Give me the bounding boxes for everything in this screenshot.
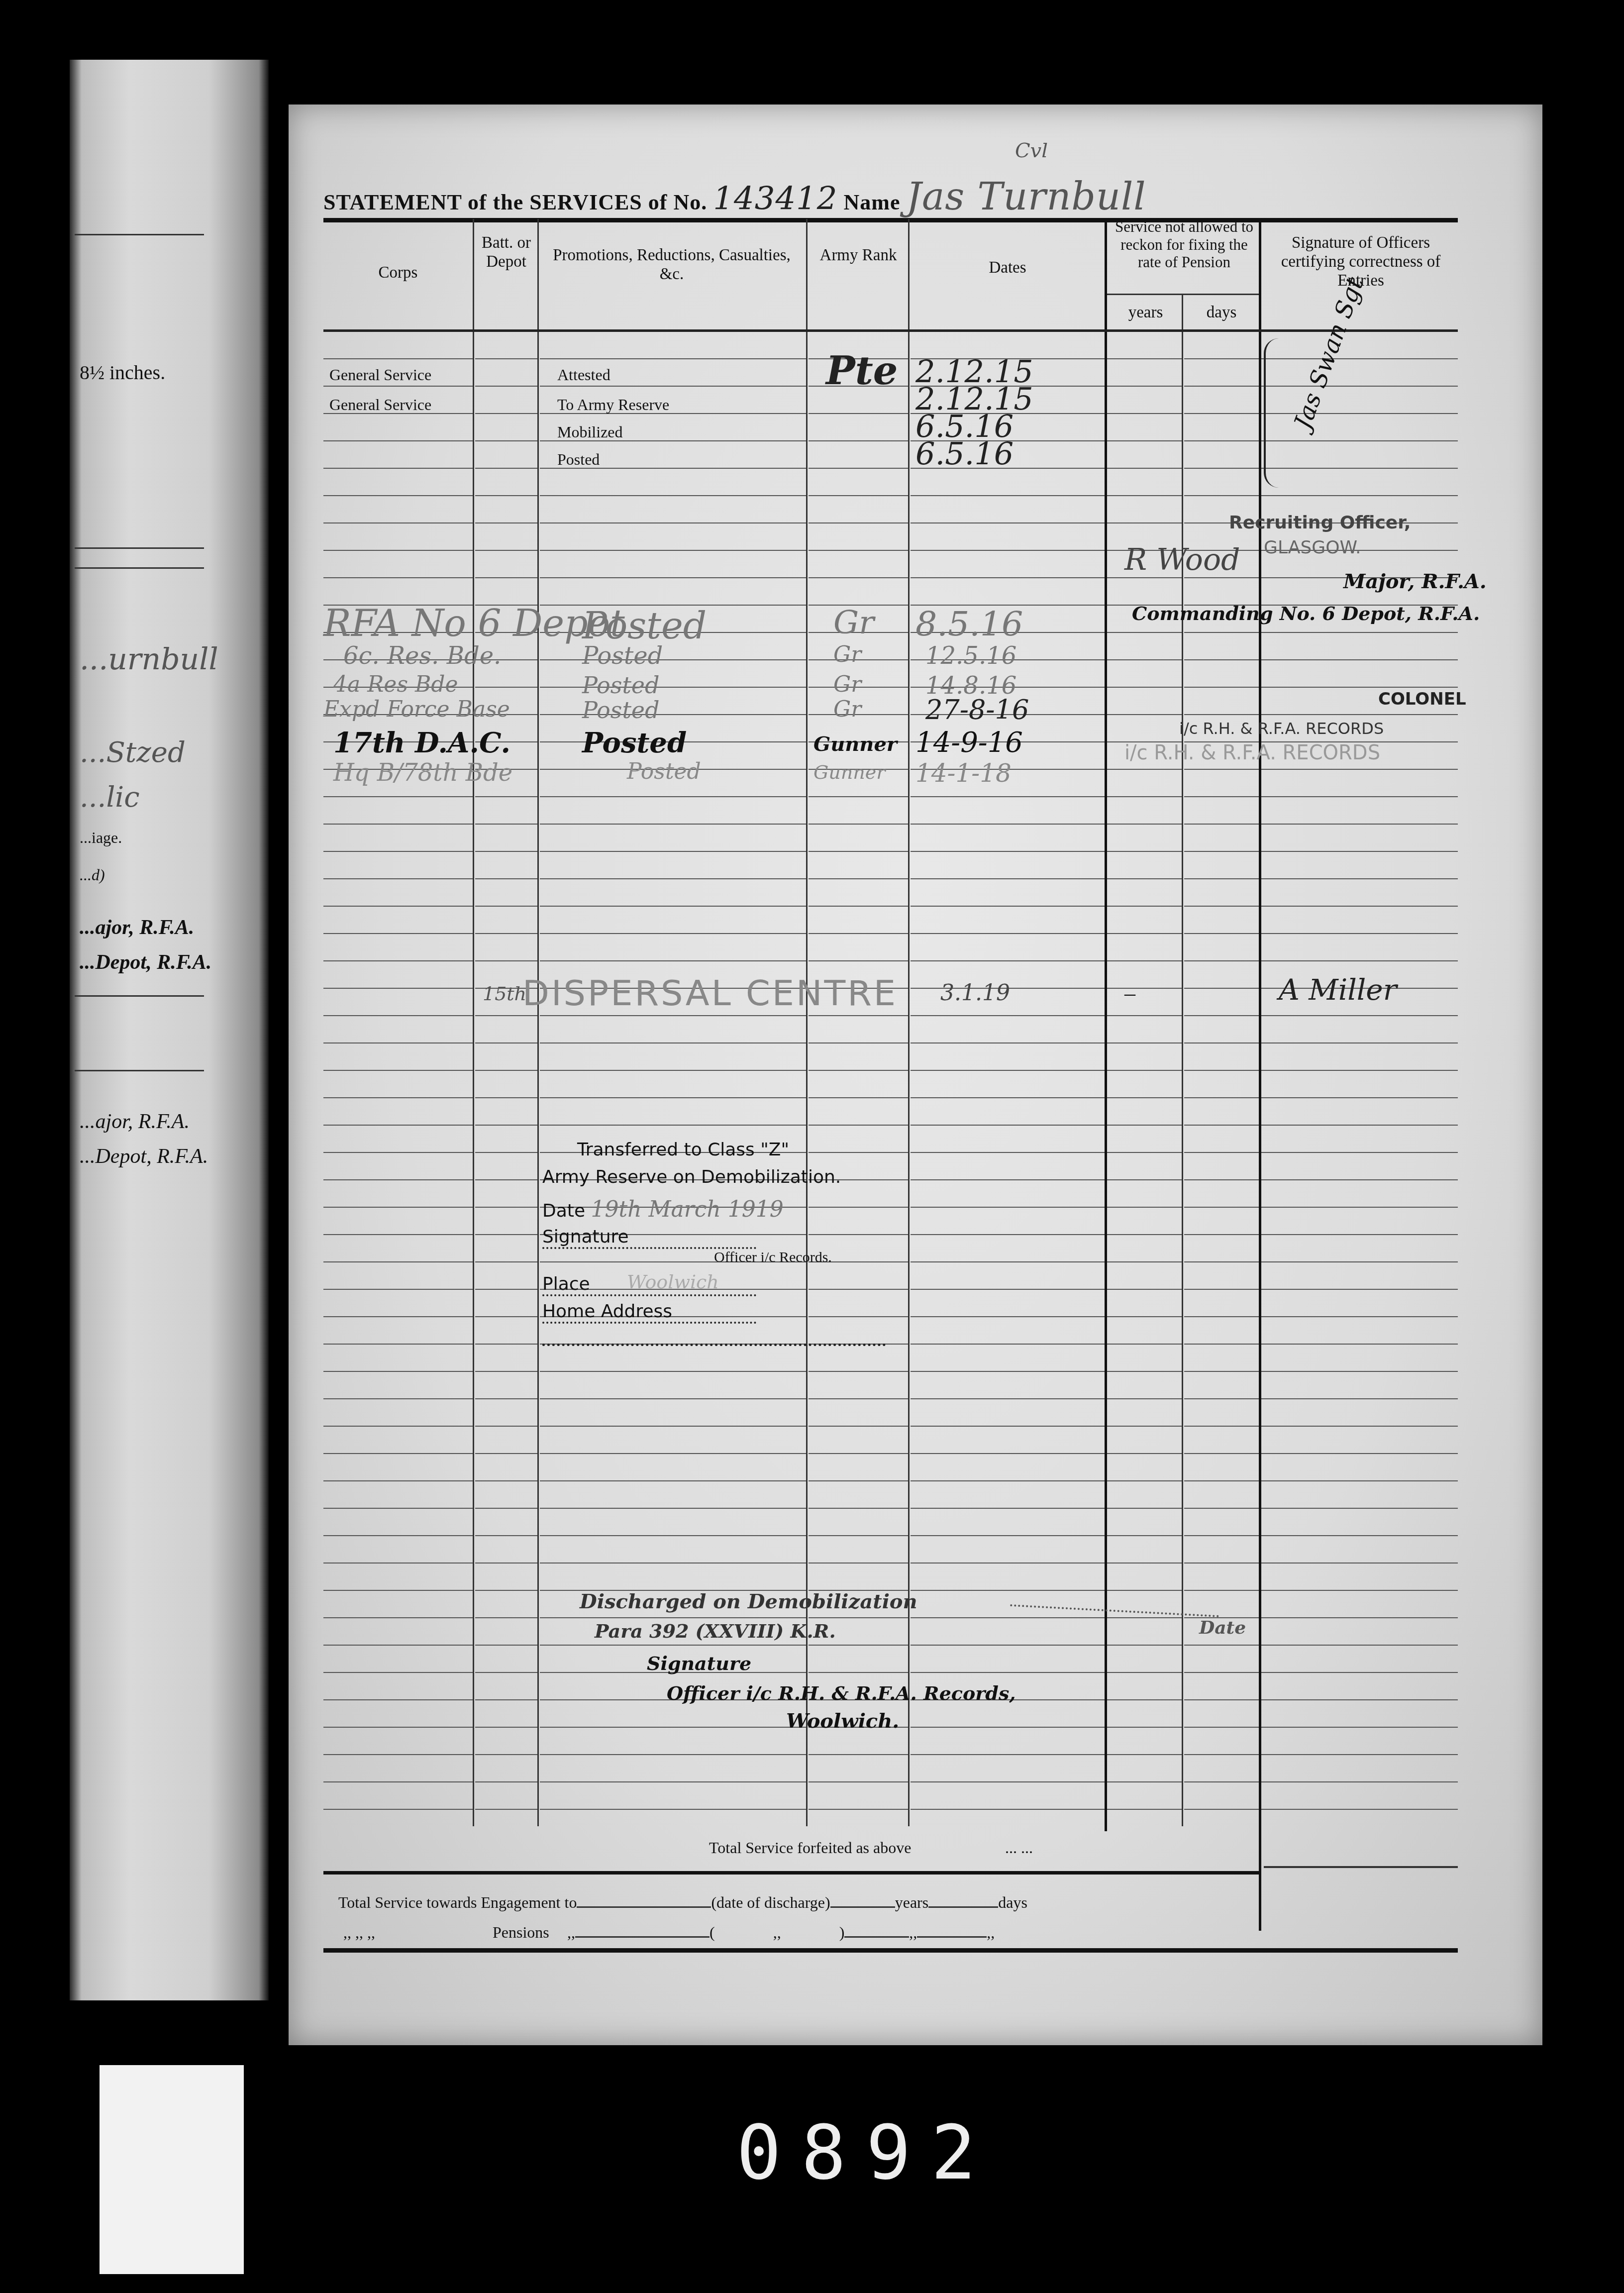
ruled-line xyxy=(809,1781,908,1782)
ruled-line xyxy=(475,550,537,551)
pensions-ditto: ,, ,, ,, xyxy=(343,1923,493,1942)
rule xyxy=(1107,294,1259,295)
rule xyxy=(75,567,204,569)
ruled-line xyxy=(1107,522,1182,523)
ruled-line xyxy=(475,906,537,907)
row-10-rank: Gunner xyxy=(813,761,885,783)
discharge-signature-label: Signature xyxy=(647,1652,751,1674)
ruled-line xyxy=(323,1699,473,1700)
ruled-line xyxy=(540,1015,806,1016)
ruled-line xyxy=(911,1754,1105,1755)
engagement-label: Total Service towards Engagement to xyxy=(338,1893,577,1911)
ruled-line xyxy=(323,522,473,523)
discharge-place: Woolwich. xyxy=(786,1709,899,1733)
ruled-line xyxy=(1107,1781,1182,1782)
class-z-officer-label: Officer i/c Records. xyxy=(714,1249,832,1266)
ruled-line xyxy=(540,933,806,934)
ruled-line xyxy=(323,1097,473,1098)
row-6-rank: Gr xyxy=(833,642,861,667)
ruled-line xyxy=(1261,1617,1458,1618)
ruled-line xyxy=(1107,632,1182,633)
ruled-line xyxy=(540,824,806,825)
ruled-line xyxy=(1184,1070,1259,1071)
ruled-line xyxy=(1261,1289,1458,1290)
stamp-line: ...Depot, R.F.A. xyxy=(80,950,211,974)
ruled-line xyxy=(540,1125,806,1126)
ruled-line xyxy=(475,878,537,879)
name-annotation: Cvl xyxy=(1015,139,1048,162)
ruled-line xyxy=(1107,1508,1182,1509)
ruled-line xyxy=(1107,1672,1182,1673)
stamp-line: ...ajor, R.F.A. xyxy=(80,1110,190,1134)
ruled-line xyxy=(1107,1097,1182,1098)
ruled-line xyxy=(475,1699,537,1700)
ruled-line xyxy=(1261,1207,1458,1208)
ruled-line xyxy=(911,1015,1105,1016)
ruled-line xyxy=(540,1097,806,1098)
ruled-line xyxy=(323,358,473,359)
ruled-line xyxy=(809,1316,908,1317)
ruled-line xyxy=(809,1289,908,1290)
ruled-line xyxy=(1184,1645,1259,1646)
ruled-line xyxy=(323,1508,473,1509)
ruled-line xyxy=(1261,769,1458,770)
ruled-line xyxy=(323,1125,473,1126)
ruled-line xyxy=(540,1070,806,1071)
ruled-line xyxy=(540,1754,806,1755)
ruled-line xyxy=(323,1535,473,1536)
ruled-line xyxy=(1184,1727,1259,1728)
ruled-line xyxy=(475,933,537,934)
ruled-line xyxy=(911,878,1105,879)
ruled-line xyxy=(809,577,908,578)
ruled-line xyxy=(475,413,537,414)
date-of-discharge-label: (date of discharge) xyxy=(711,1893,830,1911)
ruled-line xyxy=(911,1207,1105,1208)
ruled-line xyxy=(475,1781,537,1782)
row-1-event: Attested xyxy=(557,366,610,384)
ruled-line xyxy=(1107,1207,1182,1208)
ruled-line xyxy=(1107,1699,1182,1700)
ruled-line xyxy=(540,1727,806,1728)
pensions-label: Pensions xyxy=(493,1923,567,1942)
ruled-line xyxy=(911,1508,1105,1509)
ruled-line xyxy=(1107,906,1182,907)
ruled-line xyxy=(323,878,473,879)
ruled-line xyxy=(323,960,473,961)
ruled-line xyxy=(1107,1371,1182,1372)
ruled-line xyxy=(475,1453,537,1454)
ruled-line xyxy=(809,960,908,961)
ruled-line xyxy=(1184,1508,1259,1509)
ruled-line xyxy=(809,1070,908,1071)
partial-word: ...iage. xyxy=(80,829,122,847)
ruled-line xyxy=(323,988,473,989)
engagement-row: Total Service towards Engagement to(date… xyxy=(338,1893,1027,1912)
ruled-line xyxy=(475,960,537,961)
header-promotions: Promotions, Reductions, Casualties, &c. xyxy=(542,246,801,284)
ruled-line xyxy=(540,1508,806,1509)
ruled-line xyxy=(911,1809,1105,1810)
name-label: Name xyxy=(844,190,901,214)
header-days: days xyxy=(1184,304,1259,322)
ruled-line xyxy=(475,1316,537,1317)
ruled-line xyxy=(1107,1535,1182,1536)
ruled-line xyxy=(540,851,806,852)
row-1-rank: Pte xyxy=(826,348,898,394)
ruled-line xyxy=(1261,796,1458,797)
ruled-line xyxy=(911,1645,1105,1646)
class-z-date-label: Date xyxy=(542,1201,585,1221)
ruled-line xyxy=(809,1426,908,1427)
dispersal-centre-stamp: DISPERSAL CENTRE xyxy=(522,973,898,1014)
ruled-line xyxy=(1261,1426,1458,1427)
ruled-line xyxy=(540,358,806,359)
ruled-line xyxy=(475,577,537,578)
ruled-line xyxy=(1107,769,1182,770)
ruled-line xyxy=(540,1535,806,1536)
dispersal-signature: A Miller xyxy=(1279,973,1397,1007)
ruled-line xyxy=(475,1617,537,1618)
ruled-line xyxy=(1107,659,1182,660)
ruled-line xyxy=(911,1344,1105,1345)
ruled-line xyxy=(540,577,806,578)
stamp-line: ...ajor, R.F.A. xyxy=(80,916,194,939)
row-7-event: Posted xyxy=(582,672,660,699)
ruled-line xyxy=(1261,687,1458,688)
ruled-line xyxy=(809,1563,908,1563)
ruled-line xyxy=(1261,468,1458,469)
total-forfeited-dots: ... ... xyxy=(1005,1839,1033,1857)
frame-number: 0892 xyxy=(736,2110,996,2196)
ruled-line xyxy=(809,1453,908,1454)
ruled-line xyxy=(1184,1152,1259,1153)
ruled-line xyxy=(475,1152,537,1153)
ruled-line xyxy=(1261,1781,1458,1782)
ruled-line xyxy=(1184,1754,1259,1755)
ruled-line xyxy=(540,1426,806,1427)
ruled-line xyxy=(1184,1809,1259,1810)
header-batt-or-depot: Batt. or Depot xyxy=(478,234,535,272)
ruled-line xyxy=(809,1398,908,1399)
ruled-line xyxy=(1107,1289,1182,1290)
ruled-line xyxy=(475,1234,537,1235)
ruled-line xyxy=(1261,1344,1458,1345)
ruled-line xyxy=(1261,413,1458,414)
ruled-line xyxy=(1261,851,1458,852)
ruled-line xyxy=(1107,1563,1182,1563)
ruled-line xyxy=(1261,659,1458,660)
column-divider xyxy=(473,219,474,1826)
class-z-line2: Army Reserve on Demobilization. xyxy=(542,1167,841,1187)
discharge-dotted-line xyxy=(1010,1604,1219,1617)
row-8-rank: Gr xyxy=(833,697,861,722)
ruled-line xyxy=(911,577,1105,578)
recruiting-stamp-line: GLASGOW. xyxy=(1264,537,1361,558)
rule xyxy=(75,1070,204,1071)
ruled-line xyxy=(1107,1809,1182,1810)
ruled-line xyxy=(1261,1261,1458,1262)
discharge-date-label: Date xyxy=(1199,1617,1246,1638)
row-2-corps: General Service xyxy=(329,396,431,414)
ruled-line xyxy=(323,1316,473,1317)
class-z-signature-row: Signature xyxy=(542,1227,756,1249)
ruled-line xyxy=(475,796,537,797)
ruled-line xyxy=(323,1070,473,1071)
ruled-line xyxy=(1184,358,1259,359)
ruled-line xyxy=(475,1125,537,1126)
row-10-date: 14-1-18 xyxy=(915,759,1012,788)
ruled-line xyxy=(475,386,537,387)
ruled-line xyxy=(323,550,473,551)
ruled-line xyxy=(475,495,537,496)
ruled-line xyxy=(1261,1453,1458,1454)
ruled-line xyxy=(1261,1727,1458,1728)
title-prefix: STATEMENT of the SERVICES of No. xyxy=(323,190,707,214)
totals-rule xyxy=(1264,1866,1458,1868)
ruled-line xyxy=(540,386,806,387)
ruled-line xyxy=(323,577,473,578)
row-8-date: 27-8-16 xyxy=(925,694,1029,726)
dispersal-prefix: 15th xyxy=(483,983,526,1005)
ruled-line xyxy=(1184,687,1259,688)
class-z-home-address-label: Home Address xyxy=(542,1301,756,1324)
ruled-line xyxy=(475,1508,537,1509)
ruled-line xyxy=(1261,1590,1458,1591)
ruled-line xyxy=(1184,1480,1259,1481)
ruled-line xyxy=(475,1754,537,1755)
discharge-officer-label: Officer i/c R.H. & R.F.A. Records, xyxy=(667,1682,1016,1704)
ruled-line xyxy=(1184,1344,1259,1345)
header-bottom-rule xyxy=(323,329,1458,332)
row-10-event: Posted xyxy=(627,759,701,784)
handwritten-surname: ...urnbull xyxy=(80,642,218,677)
row-7-rank: Gr xyxy=(833,672,861,697)
ruled-line xyxy=(540,714,806,715)
ruled-line xyxy=(1261,1125,1458,1126)
ruled-line xyxy=(911,495,1105,496)
ruled-line xyxy=(1184,495,1259,496)
ruled-line xyxy=(1107,1344,1182,1345)
bracket xyxy=(1264,338,1286,488)
ruled-line xyxy=(323,1754,473,1755)
ruled-line xyxy=(1184,1261,1259,1262)
ruled-line xyxy=(911,1590,1105,1591)
ruled-line xyxy=(809,1207,908,1208)
row-9-corps: 17th D.A.C. xyxy=(333,727,510,759)
ruled-line xyxy=(809,1809,908,1810)
ruled-line xyxy=(911,1727,1105,1728)
height-text: 8½ inches. xyxy=(80,361,165,384)
ruled-line xyxy=(323,1261,473,1262)
ruled-line xyxy=(323,495,473,496)
column-divider xyxy=(1105,219,1107,1831)
ruled-line xyxy=(1184,1234,1259,1235)
row-9-event: Posted xyxy=(582,727,687,759)
ruled-line xyxy=(1107,1727,1182,1728)
ruled-line xyxy=(475,1179,537,1180)
ruled-line xyxy=(1261,824,1458,825)
ruled-line xyxy=(809,1371,908,1372)
ruled-line xyxy=(540,878,806,879)
ruled-line xyxy=(1184,1426,1259,1427)
ruled-line xyxy=(911,824,1105,825)
form-title: STATEMENT of the SERVICES of No. 143412 … xyxy=(323,174,1146,218)
ruled-line xyxy=(1107,1426,1182,1427)
ruled-line xyxy=(1261,1645,1458,1646)
row-2-event: To Army Reserve xyxy=(557,396,669,414)
pensions-row: ,, ,, ,,Pensions,,(,,),,,, xyxy=(343,1923,995,1942)
film-tag xyxy=(100,2065,244,2274)
ruled-line xyxy=(1184,796,1259,797)
ruled-line xyxy=(1107,1453,1182,1454)
row-5-rank: Gr xyxy=(833,605,874,641)
ruled-line xyxy=(475,1371,537,1372)
ruled-line xyxy=(1107,988,1182,989)
ruled-line xyxy=(540,1453,806,1454)
ruled-line xyxy=(1107,386,1182,387)
ruled-line xyxy=(323,1179,473,1180)
ruled-line xyxy=(1184,988,1259,989)
ruled-line xyxy=(1107,960,1182,961)
class-z-home-address-row: Home Address xyxy=(542,1301,756,1324)
ruled-line xyxy=(1261,632,1458,633)
ruled-line xyxy=(1107,1179,1182,1180)
ruled-line xyxy=(1261,1672,1458,1673)
ruled-line xyxy=(475,1289,537,1290)
ditto: ,, xyxy=(715,1923,839,1942)
ruled-line xyxy=(1261,1234,1458,1235)
ruled-line xyxy=(475,1426,537,1427)
ruled-line xyxy=(911,1125,1105,1126)
ruled-line xyxy=(809,1152,908,1153)
class-z-place-row: Place Woolwich xyxy=(542,1274,756,1296)
column-divider xyxy=(537,219,539,1826)
class-z-address-line xyxy=(542,1344,886,1346)
ruled-line xyxy=(1107,1754,1182,1755)
ruled-line xyxy=(323,1617,473,1618)
ruled-line xyxy=(323,1781,473,1782)
ruled-line xyxy=(540,550,806,551)
ruled-line xyxy=(911,550,1105,551)
ruled-line xyxy=(323,1398,473,1399)
ruled-line xyxy=(1107,1234,1182,1235)
ruled-line xyxy=(1107,1261,1182,1262)
ruled-line xyxy=(1184,659,1259,660)
ruled-line xyxy=(540,1480,806,1481)
ruled-line xyxy=(475,1809,537,1810)
ruled-line xyxy=(1184,1289,1259,1290)
soldier-name: Jas Turnbull xyxy=(907,174,1146,218)
ruled-line xyxy=(323,1015,473,1016)
ruled-line xyxy=(540,1371,806,1372)
ruled-line xyxy=(809,1015,908,1016)
ruled-line xyxy=(540,1809,806,1810)
ruled-line xyxy=(809,1234,908,1235)
header-corps: Corps xyxy=(328,264,468,283)
ruled-line xyxy=(1184,632,1259,633)
ruled-line xyxy=(323,933,473,934)
depot-stamp-major: Major, R.F.A. xyxy=(1343,570,1487,593)
ruled-line xyxy=(1107,714,1182,715)
row-5-date: 8.5.16 xyxy=(915,605,1023,644)
ruled-line xyxy=(1107,878,1182,879)
ruled-line xyxy=(809,851,908,852)
ruled-line xyxy=(911,1234,1105,1235)
ruled-line xyxy=(475,687,537,688)
ruled-line xyxy=(323,906,473,907)
ruled-line xyxy=(1184,1535,1259,1536)
ruled-line xyxy=(1184,1563,1259,1563)
ruled-line xyxy=(323,1289,473,1290)
ruled-line xyxy=(475,1645,537,1646)
ruled-line xyxy=(1261,1371,1458,1372)
ruled-line xyxy=(911,1097,1105,1098)
ruled-line xyxy=(1107,1070,1182,1071)
ruled-line xyxy=(1107,796,1182,797)
dispersal-dash: – xyxy=(1124,980,1135,1006)
ruled-line xyxy=(1261,495,1458,496)
ruled-line xyxy=(809,1097,908,1098)
ruled-line xyxy=(809,1480,908,1481)
ruled-line xyxy=(809,1672,908,1673)
column-divider xyxy=(1259,219,1261,1931)
ruled-line xyxy=(1184,1316,1259,1317)
ruled-line xyxy=(323,851,473,852)
ruled-line xyxy=(1184,1699,1259,1700)
ruled-line xyxy=(911,1617,1105,1618)
ruled-line xyxy=(323,1563,473,1563)
ruled-line xyxy=(323,1152,473,1153)
ruled-line xyxy=(911,1042,1105,1043)
ruled-line xyxy=(323,386,473,387)
ruled-line xyxy=(1261,358,1458,359)
days-label: days xyxy=(998,1893,1027,1911)
ruled-line xyxy=(1184,1015,1259,1016)
ruled-line xyxy=(323,1042,473,1043)
ruled-line xyxy=(323,824,473,825)
partial-word: ...d) xyxy=(80,866,105,884)
ruled-line xyxy=(323,1590,473,1591)
ruled-line xyxy=(1107,1042,1182,1043)
rule xyxy=(75,547,204,549)
service-record-page: STATEMENT of the SERVICES of No. 143412 … xyxy=(289,104,1542,2045)
ruled-line xyxy=(809,1042,908,1043)
ditto: ,, xyxy=(567,1923,575,1941)
ruled-line xyxy=(323,1234,473,1235)
ruled-line xyxy=(540,796,806,797)
row-9-rank: Gunner xyxy=(813,732,897,756)
ruled-line xyxy=(323,1645,473,1646)
ruled-line xyxy=(1261,933,1458,934)
row-6-corps: 6c. Res. Bde. xyxy=(343,642,501,670)
ruled-line xyxy=(540,1042,806,1043)
class-z-line1: Transferred to Class "Z" xyxy=(577,1140,789,1160)
ruled-line xyxy=(1184,1097,1259,1098)
ruled-line xyxy=(540,1781,806,1782)
ruled-line xyxy=(1184,824,1259,825)
ruled-line xyxy=(809,878,908,879)
ruled-line xyxy=(475,1042,537,1043)
ruled-line xyxy=(1261,714,1458,715)
ruled-line xyxy=(540,495,806,496)
ruled-line xyxy=(911,1453,1105,1454)
ruled-line xyxy=(1184,1453,1259,1454)
ruled-line xyxy=(1261,1015,1458,1016)
class-z-place-value: Woolwich xyxy=(627,1271,719,1293)
row-10-corps: Hq B/78th Bde xyxy=(333,759,512,787)
ruled-line xyxy=(911,1179,1105,1180)
